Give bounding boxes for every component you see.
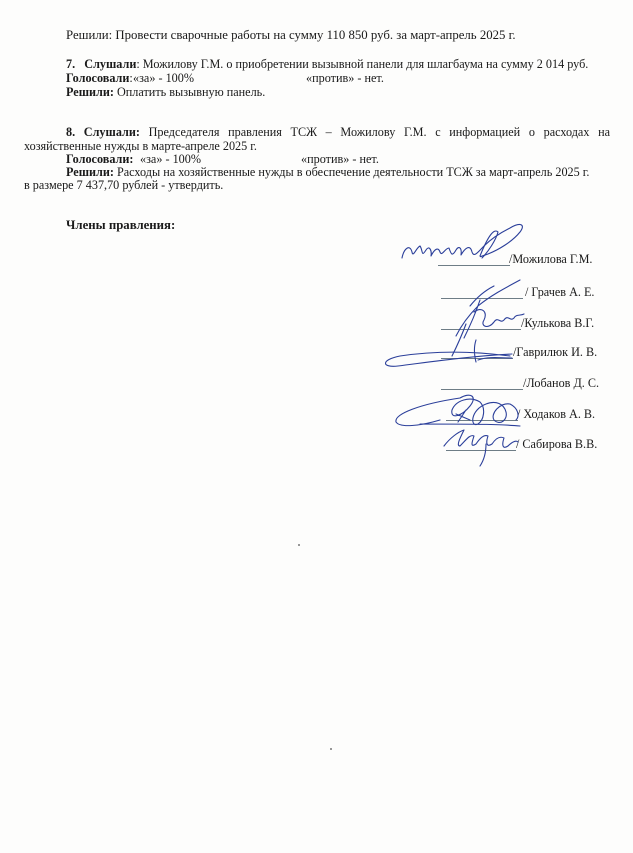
board-heading-text: Члены правления:	[66, 218, 175, 232]
member-name: /Лобанов Д. С.	[523, 376, 599, 390]
item8-voted-label: Голосовали:	[66, 152, 133, 166]
decided-label: Решили:	[66, 28, 112, 42]
signature-line	[446, 450, 516, 451]
member-name: /Кулькова В.Г.	[521, 316, 594, 330]
item8-vote-against: «против» - нет.	[301, 152, 379, 166]
decided-label: Решили:	[66, 165, 114, 179]
signature-khodakov-icon	[396, 395, 520, 426]
member-name: / Сабирова В.В.	[516, 437, 597, 451]
decided-text: Расходы на хозяйственные нужды в обеспеч…	[114, 165, 590, 179]
item7-vote-for: «за» - 100%	[133, 71, 194, 85]
item7-voted: Голосовали:	[66, 71, 133, 85]
item8-decision-line2: в размере 7 437,70 рублей - утвердить.	[24, 178, 223, 192]
item-number: 8.	[66, 125, 75, 139]
item6-decision: Решили: Провести сварочные работы на сум…	[66, 28, 516, 42]
signature-line	[441, 329, 521, 330]
item8-vote-for: «за» - 100%	[140, 152, 201, 166]
item7-heard: 7. Слушали: Можилову Г.М. о приобретении…	[66, 57, 588, 71]
item8-heard-line2: хозяйственные нужды в марте-апреле 2025 …	[24, 139, 257, 153]
item7-decision: Решили: Оплатить вызывную панель.	[66, 85, 265, 99]
signature-mozhilova-icon	[402, 225, 522, 258]
member-name: /Можилова Г.М.	[509, 252, 592, 266]
board-heading: Члены правления:	[66, 218, 175, 232]
member-name: /Гаврилюк И. В.	[513, 345, 597, 359]
voted-label: Голосовали	[66, 71, 129, 85]
signature-line	[446, 420, 518, 421]
signature-line	[441, 389, 523, 390]
signature-gavrilyuk-icon	[386, 340, 513, 366]
heard-label: Слушали	[84, 57, 136, 71]
signature-line	[441, 298, 523, 299]
item8-decision-line1: Решили: Расходы на хозяйственные нужды в…	[66, 165, 589, 179]
item8-heard-line1: 8. Слушали: Председателя правления ТСЖ –…	[66, 125, 610, 139]
signature-sabirova-icon	[444, 430, 518, 466]
heard-label: Слушали:	[84, 125, 140, 139]
signature-line	[438, 265, 510, 266]
document-page: Решили: Провести сварочные работы на сум…	[0, 0, 633, 853]
heard-text: Председателя правления ТСЖ – Можилову Г.…	[149, 125, 610, 139]
member-name: / Ходаков А. В.	[517, 407, 595, 421]
decided-label: Решили:	[66, 85, 114, 99]
decided-text: Оплатить вызывную панель.	[114, 85, 265, 99]
signature-line	[441, 358, 513, 359]
item7-vote-against: «против» - нет.	[306, 71, 384, 85]
decided-text: Провести сварочные работы на сумму 110 8…	[112, 28, 516, 42]
member-name: / Грачев А. Е.	[525, 285, 594, 299]
voted-label: Голосовали:	[66, 152, 133, 166]
signature-kulkova-icon	[474, 310, 524, 327]
heard-text: : Можилову Г.М. о приобретении вызывной …	[136, 57, 588, 71]
scan-speck	[330, 748, 332, 750]
scan-speck	[298, 544, 300, 546]
item-number: 7.	[66, 57, 75, 71]
